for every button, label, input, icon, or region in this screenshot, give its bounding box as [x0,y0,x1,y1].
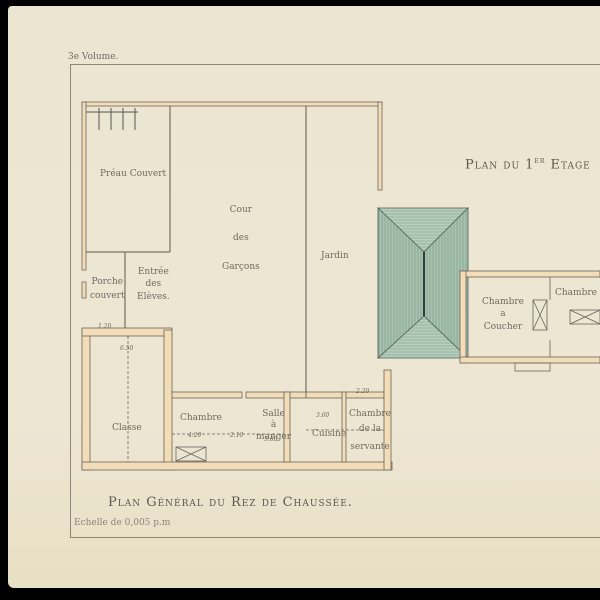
dimension: 6.50 [120,345,133,352]
cour-line-2: des [222,234,260,243]
coucher-line-2: a [482,310,524,319]
scale-label: Echelle de 0,005 p.m [74,518,170,528]
cour-line-3: Garçons [222,263,260,272]
room-label-cour: Cour des Garçons [222,206,260,272]
porche-line-2: couvert [90,292,125,301]
dimension: 3.60 [316,412,329,419]
room-label-porche: Porche couvert [90,278,125,302]
coucher-line-3: Coucher [482,323,524,332]
dimension: 1.20 [98,323,111,330]
servante-line-2: de la [349,425,391,434]
first-floor-title: Plan du 1er Etage [465,156,591,172]
room-label-chambre: Chambre [180,414,222,423]
room-label-preau: Préau Couvert [100,170,166,179]
dimension: 3.80 [264,436,277,443]
coucher-line-1: Chambre [482,298,524,307]
ground-floor-title: Plan Général du Rez de Chaussée. [108,495,353,510]
roof-plan [378,208,468,358]
entree-line-2: des [137,280,170,289]
room-label-chambre-2: Chambre [555,289,597,298]
servante-line-1: Chambre [349,410,391,419]
first-floor-walls [460,271,600,363]
salle-line-2: à [256,421,291,430]
cour-line-1: Cour [222,206,260,215]
dimension: 2.10 [230,432,243,439]
dimension: 2.20 [356,388,369,395]
title-suffix: Etage [545,157,590,172]
title-prefix: Plan du 1 [465,157,534,172]
porche-line-1: Porche [90,278,125,287]
entree-line-3: Elèves. [137,293,170,302]
dimension: 4.20 [188,432,201,439]
room-label-servante: Chambre de la servante [349,410,391,452]
room-label-jardin: Jardin [321,252,349,261]
title-sup: er [534,156,545,165]
room-label-entree: Entrée des Elèves. [137,268,170,302]
room-label-chambre-coucher: Chambre a Coucher [482,298,524,332]
room-label-classe: Classe [112,424,142,433]
salle-line-1: Salle [256,410,291,419]
servante-line-3: servante [349,443,391,452]
entree-line-1: Entrée [137,268,170,277]
room-label-cuisine: Cuisine [312,430,346,439]
